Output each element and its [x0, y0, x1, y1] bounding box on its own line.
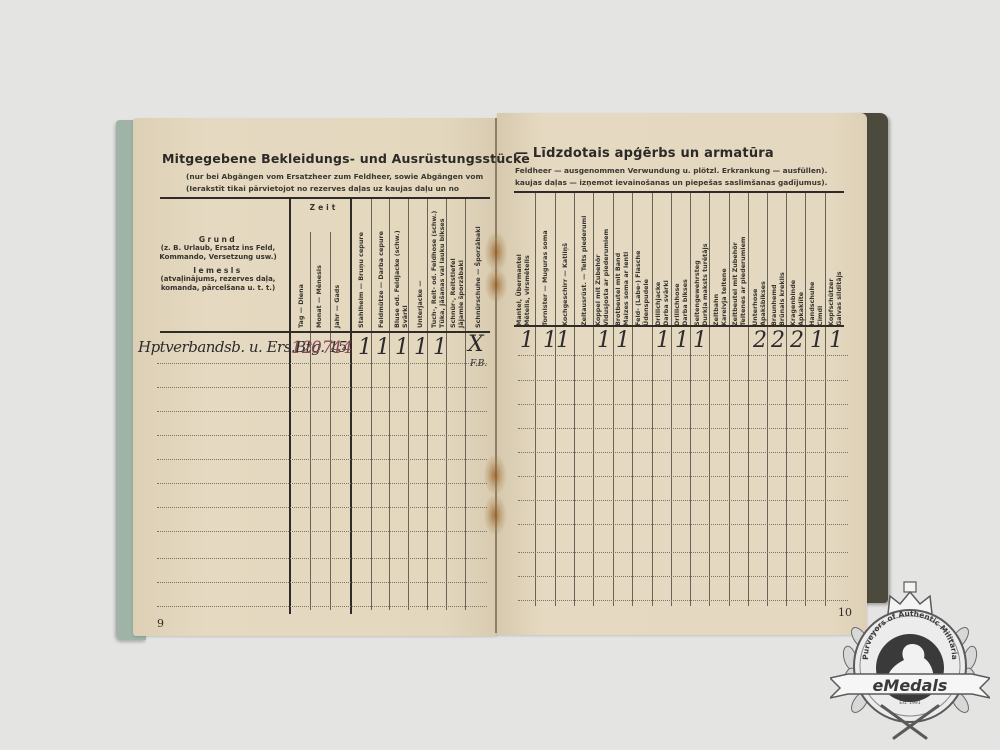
logo-brand-text: eMedals: [873, 676, 948, 695]
entry-row-line: [518, 428, 848, 429]
grid-line: [389, 199, 390, 610]
grid-line: [805, 193, 806, 606]
col-header-schnuerschuhe: Schnürschuhe — Šporzābaki: [474, 202, 482, 328]
emedals-watermark-logo: Purveyors of Authentic Militaria eMedals…: [830, 578, 990, 743]
col-header-seitengewehrsteg: Seitengewehrsteg Durkļa maksts turētājs: [693, 193, 709, 326]
entry-row-line: [157, 558, 487, 559]
handwritten-item-qty: 1: [556, 330, 570, 352]
grid-line: [310, 232, 311, 610]
right-subtitle-de: Feldheer — ausgenommen Verwundung u. plö…: [515, 166, 827, 175]
handwritten-item-qty: 1: [543, 330, 557, 352]
col-header-kopfschuetzer: Kopfschützer Galvas sildītājs: [827, 193, 843, 326]
col-header-feldmuetze: Feldmütze — Darba cepure: [377, 202, 385, 328]
grid-line: [371, 199, 372, 610]
grid-line: [709, 193, 710, 606]
grid-line: [535, 193, 536, 606]
entry-row-line: [157, 363, 487, 364]
entry-row-line: [518, 500, 848, 501]
handwritten-item-qty: 1: [693, 330, 707, 352]
handwritten-tag: 12: [291, 340, 313, 357]
entry-row-line: [157, 387, 487, 388]
handwritten-item-qty: 1: [656, 330, 670, 352]
grid-line: [446, 199, 447, 610]
handwritten-item-qty: 1: [414, 337, 428, 359]
col-header-kochgeschirr: Kochgeschirr — Katliņš: [561, 193, 569, 326]
handwritten-item-qty: 1: [675, 330, 689, 352]
grid-line: [671, 193, 672, 606]
entry-row-line: [518, 452, 848, 453]
handwritten-item-qty: 1: [520, 330, 534, 352]
grid-line: [289, 199, 291, 614]
grund-label: Grund (z. B. Urlaub, Ersatz ins Feld, Ko…: [150, 235, 286, 293]
spine-fold: [495, 118, 497, 633]
grid-line: [652, 193, 653, 606]
handwritten-cross: X: [468, 334, 484, 356]
col-header-kragenbinde: Kragenbinde Apkaklīte: [789, 193, 805, 326]
handwritten-monat: 07: [311, 340, 333, 357]
left-subtitle-lv: (Ierakstīt tikai pārvietojot no rezerves…: [186, 184, 459, 193]
col-header-tag: Tag — Diena: [297, 240, 305, 328]
entry-row-line: [157, 435, 487, 436]
handwritten-item-qty: 1: [433, 337, 447, 359]
grund-desc-lv-1: (atvaļinājums, rezerves daļa,: [150, 275, 286, 284]
grid-line: [613, 193, 614, 606]
entry-row-line: [157, 459, 487, 460]
entry-row-line: [518, 552, 848, 553]
grid-line: [632, 193, 633, 606]
handwritten-item-qty: 2: [753, 330, 767, 352]
handwritten-item-qty: 1: [597, 330, 611, 352]
right-subtitle-lv: kaujas daļas — izņemot ievainošanas un p…: [515, 178, 827, 187]
col-header-unterhose: Unterhose Apakšbikses: [751, 193, 767, 326]
grund-head-de: Grund: [150, 235, 286, 244]
zeit-label: Zeit: [296, 203, 352, 212]
grund-desc-lv-2: komanda, pārcelšana u. t. t.): [150, 284, 286, 293]
entry-row-line: [157, 531, 487, 532]
grid-line: [748, 193, 749, 606]
staple-rust-stain: [485, 268, 507, 302]
entry-row-line: [518, 404, 848, 405]
col-header-koppel: Koppel mit Zubehör Vidusjosta ar piederu…: [594, 193, 610, 326]
right-page-title: — Līdzdotais apģērbs un armatūra: [515, 146, 774, 161]
grund-desc-de-2: Kommando, Versetzung usw.): [150, 253, 286, 262]
grid-line: [350, 199, 352, 614]
col-header-zeltausruestung: Zeltausrüst. — Telts piederumi: [580, 193, 588, 326]
col-header-stiefel: Schnür-, Reitstiefel Jājamie šporzābaki: [449, 202, 465, 328]
entry-row-line: [157, 507, 487, 508]
col-header-jahr: Jahr — Gads: [333, 240, 341, 328]
col-header-drillichhose: Drillichhose Darba bikses: [673, 193, 689, 326]
staple-rust-stain: [484, 455, 506, 495]
entry-row-line: [157, 411, 487, 412]
col-header-zeltbahn: Zeltbahn Kareivja teltene: [712, 193, 728, 326]
col-header-tornister: Tornister — Muguras soma: [541, 193, 549, 326]
handwritten-item-qty: 1: [376, 337, 390, 359]
column-header-rule: [514, 325, 844, 327]
grid-line: [465, 199, 466, 610]
grid-line: [555, 193, 556, 606]
col-header-handschuhe: Handschuhe Cimdi: [808, 193, 824, 326]
col-header-unterjacke: Unterjacke —: [416, 202, 424, 328]
handwritten-item-qty: 1: [358, 337, 372, 359]
left-subtitle-de: (nur bei Abgängen vom Ersatzheer zum Fel…: [186, 172, 483, 181]
entry-row-line: [518, 524, 848, 525]
grid-line: [330, 232, 331, 610]
handwritten-item-qty: 1: [616, 330, 630, 352]
col-header-mantel: Mantel, Übermantel Mētelis, virsmētelis: [515, 193, 531, 326]
entry-row-line: [157, 606, 487, 607]
handwritten-item-qty: 1: [810, 330, 824, 352]
grid-line: [408, 199, 409, 610]
entry-row-line: [157, 582, 487, 583]
handwritten-item-qty: 2: [771, 330, 785, 352]
medal-crest-icon: Purveyors of Authentic Militaria eMedals…: [830, 578, 990, 743]
page-number-left: 9: [157, 617, 164, 630]
handwritten-item-qty: 1: [395, 337, 409, 359]
col-header-stahlhelm: Stahlhelm — Bruņu cepure: [357, 202, 365, 328]
logo-established-text: Est. 1991: [899, 700, 920, 706]
grid-line: [729, 193, 730, 606]
col-header-zeltbeutel: Zeltbeutel mit Zubehör Teltenes ar piede…: [731, 193, 747, 326]
staple-rust-stain: [485, 232, 507, 272]
handwritten-initials: F.B.: [470, 360, 487, 369]
entry-row-line: [518, 476, 848, 477]
entry-row-line: [157, 483, 487, 484]
handwritten-item-qty: 2: [790, 330, 804, 352]
grid-line: [825, 193, 826, 606]
grid-line: [427, 199, 428, 610]
grund-desc-de-1: (z. B. Urlaub, Ersatz ins Feld,: [150, 244, 286, 253]
header-rule: [160, 197, 490, 199]
entry-row-line: [518, 600, 848, 601]
grid-line: [690, 193, 691, 606]
col-header-hose: Tuch-, Reit- od. Feldhose (schw.) Tūka, …: [430, 202, 446, 328]
left-page-title: Mitgegebene Bekleidungs- und Ausrüstungs…: [162, 151, 530, 166]
col-header-drillichjacke: Drillichjacke Darba svārki: [654, 193, 670, 326]
grid-line: [574, 193, 575, 606]
column-header-rule: [160, 331, 490, 333]
col-header-feldflasche: Feld- (Labe-) Flasche Üdenspudele: [634, 193, 650, 326]
col-header-braunhemd: Braunhemd Brūnais kreklis: [770, 193, 786, 326]
col-header-monat: Monat — Mēnesis: [315, 240, 323, 328]
staple-rust-stain: [484, 495, 506, 535]
entry-row-line: [518, 576, 848, 577]
handwritten-item-qty: 1: [829, 330, 843, 352]
col-header-bluse: Bluse od. Feldjacke (schw.) Svārki: [393, 202, 409, 328]
handwritten-jahr: 44: [331, 340, 353, 357]
col-header-brotbeutel: Brotbeutel mit Band Maizes soma ar lenti: [614, 193, 630, 326]
grid-line: [786, 193, 787, 606]
entry-row-line: [518, 355, 848, 356]
grund-head-lv: Iemesls: [150, 266, 286, 275]
entry-row-line: [518, 380, 848, 381]
grid-line: [593, 193, 594, 606]
grid-line: [767, 193, 768, 606]
